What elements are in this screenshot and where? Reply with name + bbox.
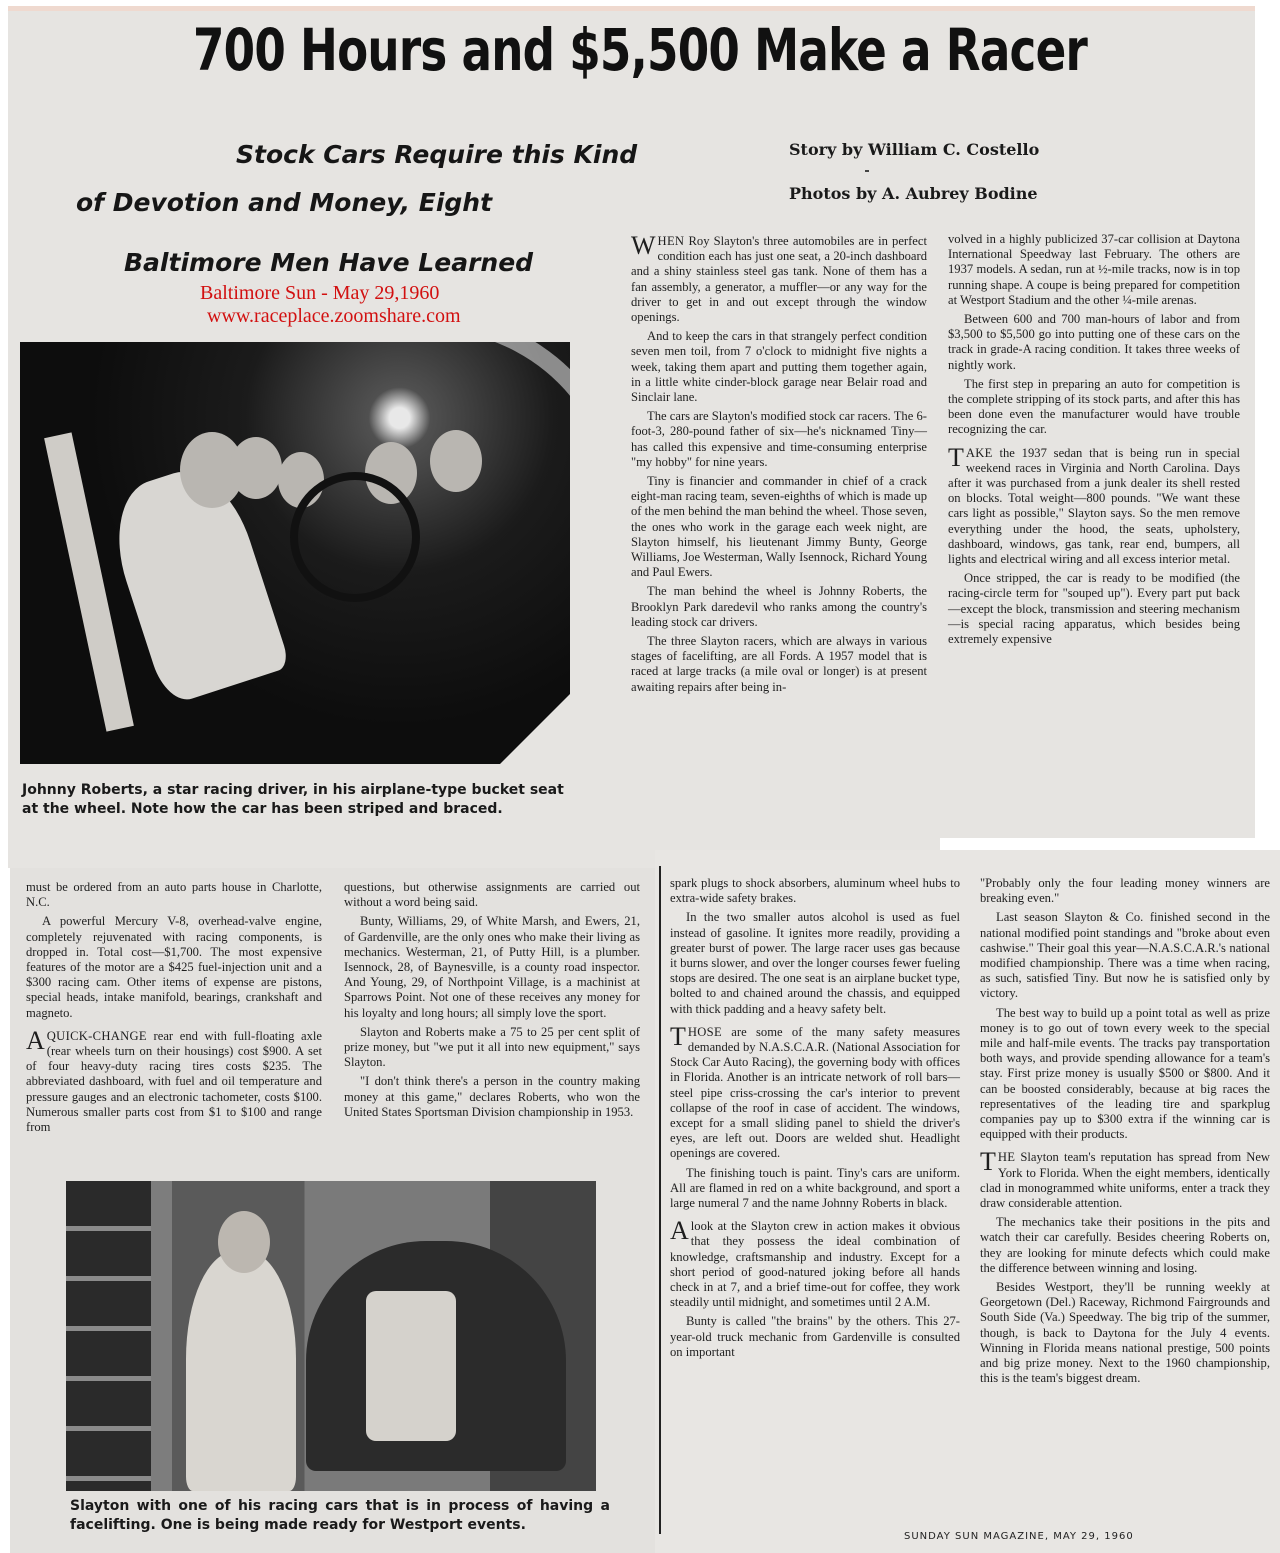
paragraph: The man behind the wheel is Johnny Rober… (631, 584, 927, 630)
paragraph: In the two smaller autos alcohol is used… (670, 910, 960, 1016)
paragraph: Besides Westport, they'll be running wee… (980, 1280, 1270, 1386)
drop-cap: A (26, 1031, 45, 1051)
paragraph: Bunty, Williams, 29, of White Marsh, and… (344, 914, 640, 1020)
paragraph: The first step in preparing an auto for … (948, 377, 1240, 438)
paragraph: A look at the Slayton crew in action mak… (670, 1219, 960, 1310)
drop-cap: W (631, 236, 656, 256)
page-footer: SUNDAY SUN MAGAZINE, MAY 29, 1960 (904, 1531, 1134, 1542)
paragraph: The best way to build up a point total a… (980, 1006, 1270, 1143)
photo-crew-head-4 (430, 430, 482, 492)
paragraph: volved in a highly publicized 37-car col… (948, 232, 1240, 308)
photo-byline: Photos by A. Aubrey Bodine (789, 184, 1038, 203)
article-column-1: WHEN Roy Slayton's three automobiles are… (631, 226, 927, 699)
photo-parts-shelf (66, 1181, 151, 1491)
paragraph: WHEN Roy Slayton's three automobiles are… (631, 234, 927, 325)
story-byline: Story by William C. Costello (789, 140, 1039, 159)
source-website-note: www.raceplace.zoomshare.com (207, 305, 461, 328)
deck-line-3: Baltimore Men Have Learned (124, 248, 533, 277)
paragraph: A powerful Mercury V-8, overhead-valve e… (26, 914, 322, 1020)
paragraph: The three Slayton racers, which are alwa… (631, 634, 927, 695)
article-column-5: spark plugs to shock absorbers, aluminum… (670, 876, 960, 1364)
photo-car-panel (366, 1291, 456, 1441)
paragraph: Slayton and Roberts make a 75 to 25 per … (344, 1025, 640, 1071)
drop-cap: T (948, 448, 964, 468)
drop-cap: T (980, 1152, 996, 1172)
paragraph: The finishing touch is paint. Tiny's car… (670, 1166, 960, 1212)
paragraph: Bunty is called "the brains" by the othe… (670, 1314, 960, 1360)
article-column-4: questions, but otherwise assignments are… (344, 880, 640, 1124)
paragraph: The mechanics take their positions in th… (980, 1215, 1270, 1276)
headline: 700 Hours and $5,500 Make a Racer (141, 16, 1139, 84)
paragraph: questions, but otherwise assignments are… (344, 880, 640, 910)
paragraph: "I don't think there's a person in the c… (344, 1074, 640, 1120)
scan-edge-strip (8, 6, 1255, 11)
photo-caption-2: Slayton with one of his racing cars that… (70, 1497, 610, 1535)
source-date-note: Baltimore Sun - May 29,1960 (200, 282, 439, 305)
drop-cap: A (670, 1221, 689, 1241)
column-divider-rule (659, 866, 661, 1534)
article-column-6: "Probably only the four leading money wi… (980, 876, 1270, 1391)
byline-divider (865, 170, 869, 172)
paragraph: THOSE are some of the many safety measur… (670, 1025, 960, 1162)
photo-crew-head-1 (230, 437, 282, 499)
paragraph: Tiny is financier and commander in chief… (631, 474, 927, 580)
paragraph: spark plugs to shock absorbers, aluminum… (670, 876, 960, 906)
photo-steering-wheel (290, 472, 420, 602)
photo-driver-in-bucket-seat (20, 342, 570, 764)
photo-slayton-figure (186, 1251, 296, 1491)
paragraph: The cars are Slayton's modified stock ca… (631, 409, 927, 470)
paragraph: must be ordered from an auto parts house… (26, 880, 322, 910)
photo-slayton-with-car (66, 1181, 596, 1491)
paragraph: Between 600 and 700 man-hours of labor a… (948, 312, 1240, 373)
paragraph: AQUICK-CHANGE rear end with full-floatin… (26, 1029, 322, 1135)
photo-bucket-seat (44, 432, 134, 731)
deck-line-2: of Devotion and Money, Eight (76, 188, 492, 217)
article-column-3: must be ordered from an auto parts house… (26, 880, 322, 1139)
drop-cap: T (670, 1027, 686, 1047)
paragraph: TAKE the 1937 sedan that is being run in… (948, 446, 1240, 568)
deck-line-1: Stock Cars Require this Kind (236, 140, 637, 169)
paragraph: "Probably only the four leading money wi… (980, 876, 1270, 906)
paragraph: Once stripped, the car is ready to be mo… (948, 571, 1240, 647)
photo-slayton-head (218, 1211, 270, 1273)
article-column-2: volved in a highly publicized 37-car col… (948, 232, 1240, 651)
paragraph: And to keep the cars in that strangely p… (631, 329, 927, 405)
photo-caption-1: Johnny Roberts, a star racing driver, in… (22, 781, 582, 819)
paragraph: Last season Slayton & Co. finished secon… (980, 910, 1270, 1001)
paragraph: THE Slayton team's reputation has spread… (980, 1150, 1270, 1211)
